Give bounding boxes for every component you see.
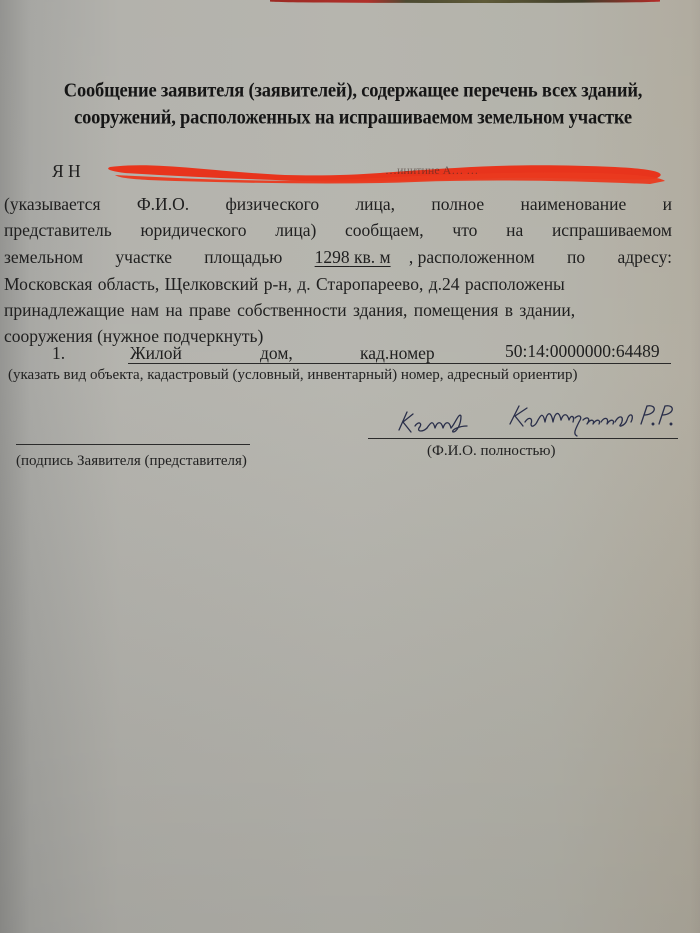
word: и: [663, 193, 672, 215]
document-title: Сообщение заявителя (заявителей), содерж…: [8, 78, 698, 132]
item-cadastral-number: 50:14:0000000:64489: [505, 340, 660, 362]
body-line-2: (указывается Ф.И.О. физического лица, по…: [4, 193, 672, 215]
word: адресу:: [617, 246, 672, 268]
title-line-1: Сообщение заявителя (заявителей), содерж…: [8, 78, 698, 105]
word: , расположенном: [409, 246, 535, 268]
word: физического: [225, 193, 319, 215]
body-line-4: земельном участке площадью 1298 кв. м, р…: [4, 246, 672, 268]
word: площадью: [204, 246, 282, 268]
word: (указывается: [4, 193, 101, 215]
word: сообщаем,: [345, 219, 424, 241]
svg-text:…инитине А… …: …инитине А… …: [385, 163, 478, 177]
word: на: [506, 219, 523, 241]
handwritten-signature: Калмыдинов Р.Р.: [395, 402, 695, 442]
applicant-signature-label: (подпись Заявителя (представителя): [16, 452, 247, 471]
top-edge-strip: [270, 0, 660, 3]
item-number: 1.: [52, 342, 65, 364]
word: лица): [275, 219, 316, 241]
applicant-signature-line: [16, 444, 250, 445]
word: наименование: [520, 193, 626, 215]
item-object-kind: дом,: [260, 342, 293, 364]
body-line-3: представитель юридического лица) сообщае…: [4, 219, 672, 241]
title-line-2: сооружений, расположенных на испрашиваем…: [8, 105, 698, 132]
body-line-1: Я Н: [52, 160, 81, 182]
item-hint: (указать вид объекта, кадастровый (услов…: [8, 366, 577, 385]
word: испрашиваемом: [552, 219, 672, 241]
applicant-name-prefix: Я Н: [52, 161, 81, 181]
word: земельном: [4, 246, 83, 268]
address-line: Московская область, Щелковский р-н, д. С…: [4, 273, 565, 295]
word: что: [452, 219, 477, 241]
item-underline: [128, 363, 671, 364]
item-object-type: Жилой: [130, 342, 182, 364]
word: юридического: [140, 219, 246, 241]
area-number: 1298: [315, 247, 350, 267]
word: по: [567, 246, 585, 268]
area-value: 1298 кв. м: [315, 246, 391, 268]
area-unit: кв. м: [354, 247, 391, 267]
redaction-scribble: …инитине А… …: [95, 157, 675, 187]
word: Ф.И.О.: [137, 193, 189, 215]
full-name-line: [368, 438, 678, 439]
word: представитель: [4, 219, 112, 241]
word: лица,: [355, 193, 395, 215]
word: участке: [115, 246, 172, 268]
item-cadastral-label: кад.номер: [360, 342, 435, 364]
body-line-6: принадлежащие нам на праве собственности…: [4, 299, 575, 321]
full-name-label: (Ф.И.О. полностью): [427, 442, 555, 461]
word: полное: [431, 193, 484, 215]
